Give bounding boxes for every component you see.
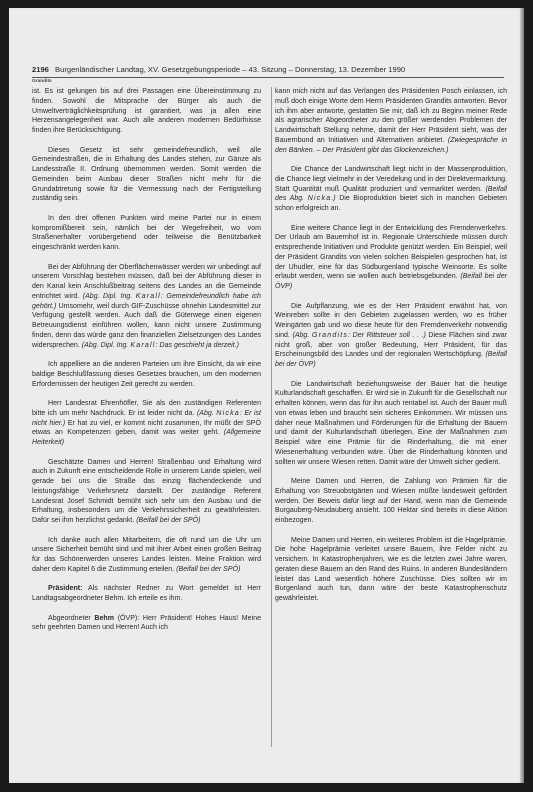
right-column: kann mich nicht auf das Verlangen des Pr…: [271, 87, 507, 747]
paragraph-text: Abgeordneter: [48, 615, 91, 622]
reaction: (Beifall bei der SPÖ): [136, 517, 200, 524]
paragraph: Dieses Gesetz ist sehr gemeindefreundlic…: [32, 146, 261, 205]
paragraph-text: Eine weitere Chance liegt in der Entwick…: [275, 225, 507, 281]
page-number: 2196: [32, 65, 49, 74]
speaker-label: Präsident:: [48, 585, 82, 592]
interjection: (Abg. Dipl. Ing. Karall: Das geschieht j…: [82, 342, 239, 349]
paragraph: Bei der Abführung der Oberflächenwässer …: [32, 263, 261, 351]
paragraph: Meine Damen und Herren, ein weiteres Pro…: [275, 536, 507, 604]
paragraph: Meine Damen und Herren, die Zahlung von …: [275, 477, 507, 526]
paragraph: Präsident: Als nächster Redner zu Wort g…: [32, 584, 261, 604]
paragraph: Die Chance der Landwirtschaft liegt nich…: [275, 165, 507, 214]
header-rule: [32, 77, 504, 78]
speaker-label: Behm: [94, 615, 114, 622]
paragraph: ist. Es ist gelungen bis auf drei Passag…: [32, 87, 261, 136]
page-edge-shadow: [520, 8, 524, 783]
paragraph-text: kann mich nicht auf das Verlangen des Pr…: [275, 88, 507, 144]
reaction: (Beifall bei der SPÖ): [176, 566, 240, 573]
paragraph: In den drei offenen Punkten wird meine P…: [32, 214, 261, 253]
paragraph: Ich appelliere an die anderen Parteien u…: [32, 360, 261, 389]
paragraph: Eine weitere Chance liegt in der Entwick…: [275, 224, 507, 292]
paragraph: Die Landwirtschaft beziehungsweise der B…: [275, 380, 507, 468]
left-column: ist. Es ist gelungen bis auf drei Passag…: [32, 87, 261, 643]
paragraph: Ich danke auch allen Mitarbeitern, die o…: [32, 536, 261, 575]
page-header: 2196 Burgenländischer Landtag, XV. Geset…: [32, 65, 502, 74]
paragraph: Herr Landesrat Ehrenhöfler, Sie als den …: [32, 399, 261, 448]
running-speaker-name: Grandits: [32, 79, 52, 84]
paragraph-text: Geschätzte Damen und Herren! Straßenbau …: [32, 459, 261, 525]
paragraph: kann mich nicht auf das Verlangen des Pr…: [275, 87, 507, 155]
paragraph: Abgeordneter Behm (ÖVP): Herr Präsident!…: [32, 614, 261, 634]
interjection: (Abg. Grandits: Der Rittsteuer soll . . …: [292, 332, 425, 339]
paragraph: Geschätzte Damen und Herren! Straßenbau …: [32, 458, 261, 526]
paragraph: Die Aufpflanzung, wie es der Herr Präsid…: [275, 302, 507, 370]
paragraph-text: Die Chance der Landwirtschaft liegt nich…: [275, 166, 507, 193]
header-title: Burgenländischer Landtag, XV. Gesetzgebu…: [55, 65, 405, 74]
